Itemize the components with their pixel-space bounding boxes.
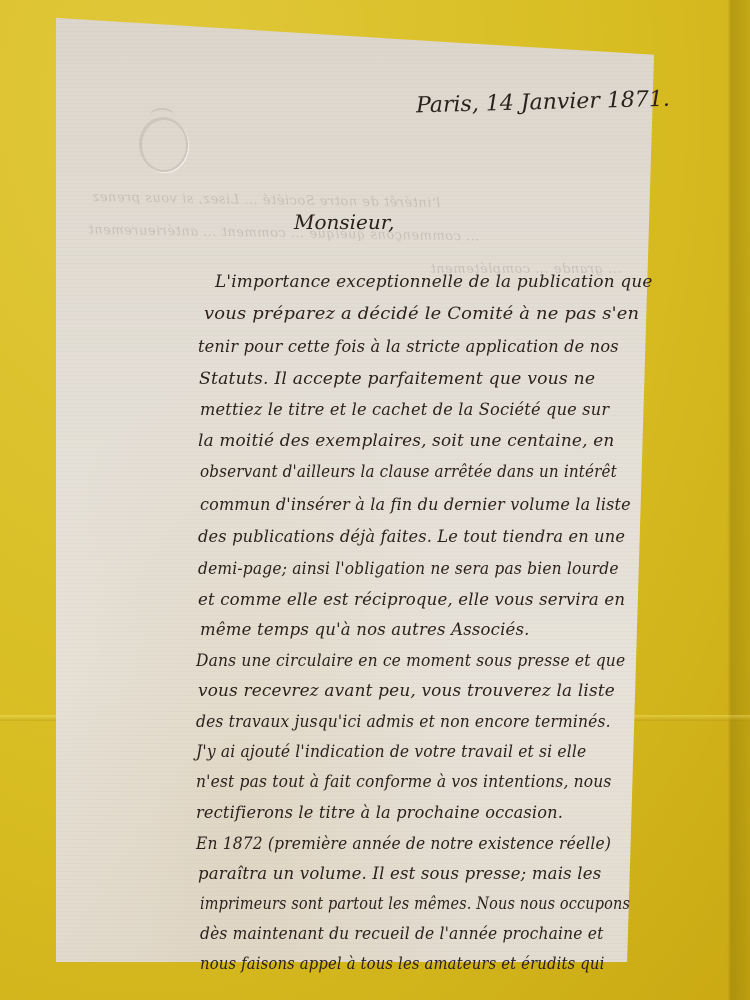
- letter-line: imprimeurs sont partout les mêmes. Nous …: [200, 894, 630, 914]
- letter-line: En 1872 (première année de notre existen…: [196, 834, 611, 854]
- letter-line: Dans une circulaire en ce moment sous pr…: [196, 651, 625, 671]
- letter-line: mettiez le titre et le cachet de la Soci…: [200, 400, 609, 420]
- letter-line: n'est pas tout à fait conforme à vos int…: [196, 772, 612, 792]
- letter-line: J'y ai ajouté l'indication de votre trav…: [196, 742, 586, 762]
- letter-line: dès maintenant du recueil de l'année pro…: [200, 924, 603, 944]
- letter-line: des travaux jusqu'ici admis et non encor…: [196, 712, 611, 732]
- letter-line: observant d'ailleurs la clause arrêtée d…: [200, 462, 617, 482]
- letter-line: demi-page; ainsi l'obligation ne sera pa…: [198, 559, 619, 579]
- letter-line: rectifierons le titre à la prochaine occ…: [196, 803, 563, 823]
- letter-line: la moitié des exemplaires, soit une cent…: [198, 431, 614, 451]
- letter-line: paraîtra un volume. Il est sous presse; …: [198, 864, 601, 884]
- letter-line: commun d'insérer à la fin du dernier vol…: [200, 495, 631, 515]
- letter-line: Statuts. Il accepte parfaitement que vou…: [199, 369, 595, 389]
- embossed-seal-icon: [140, 118, 188, 172]
- letter-line: et comme elle est réciproque, elle vous …: [198, 590, 625, 610]
- letter-line: vous recevrez avant peu, vous trouverez …: [198, 681, 615, 701]
- letter-line: nous faisons appel à tous les amateurs e…: [200, 954, 605, 974]
- letter-line: même temps qu'à nos autres Associés.: [200, 620, 530, 640]
- letter-salutation: Monsieur,: [294, 210, 395, 234]
- letter-line: L'importance exceptionnelle de la public…: [215, 272, 653, 292]
- letter-line: vous préparez a décidé le Comité à ne pa…: [204, 304, 639, 324]
- letter-line: tenir pour cette fois à la stricte appli…: [198, 337, 619, 357]
- letter-line: des publications déjà faites. Le tout ti…: [198, 527, 625, 547]
